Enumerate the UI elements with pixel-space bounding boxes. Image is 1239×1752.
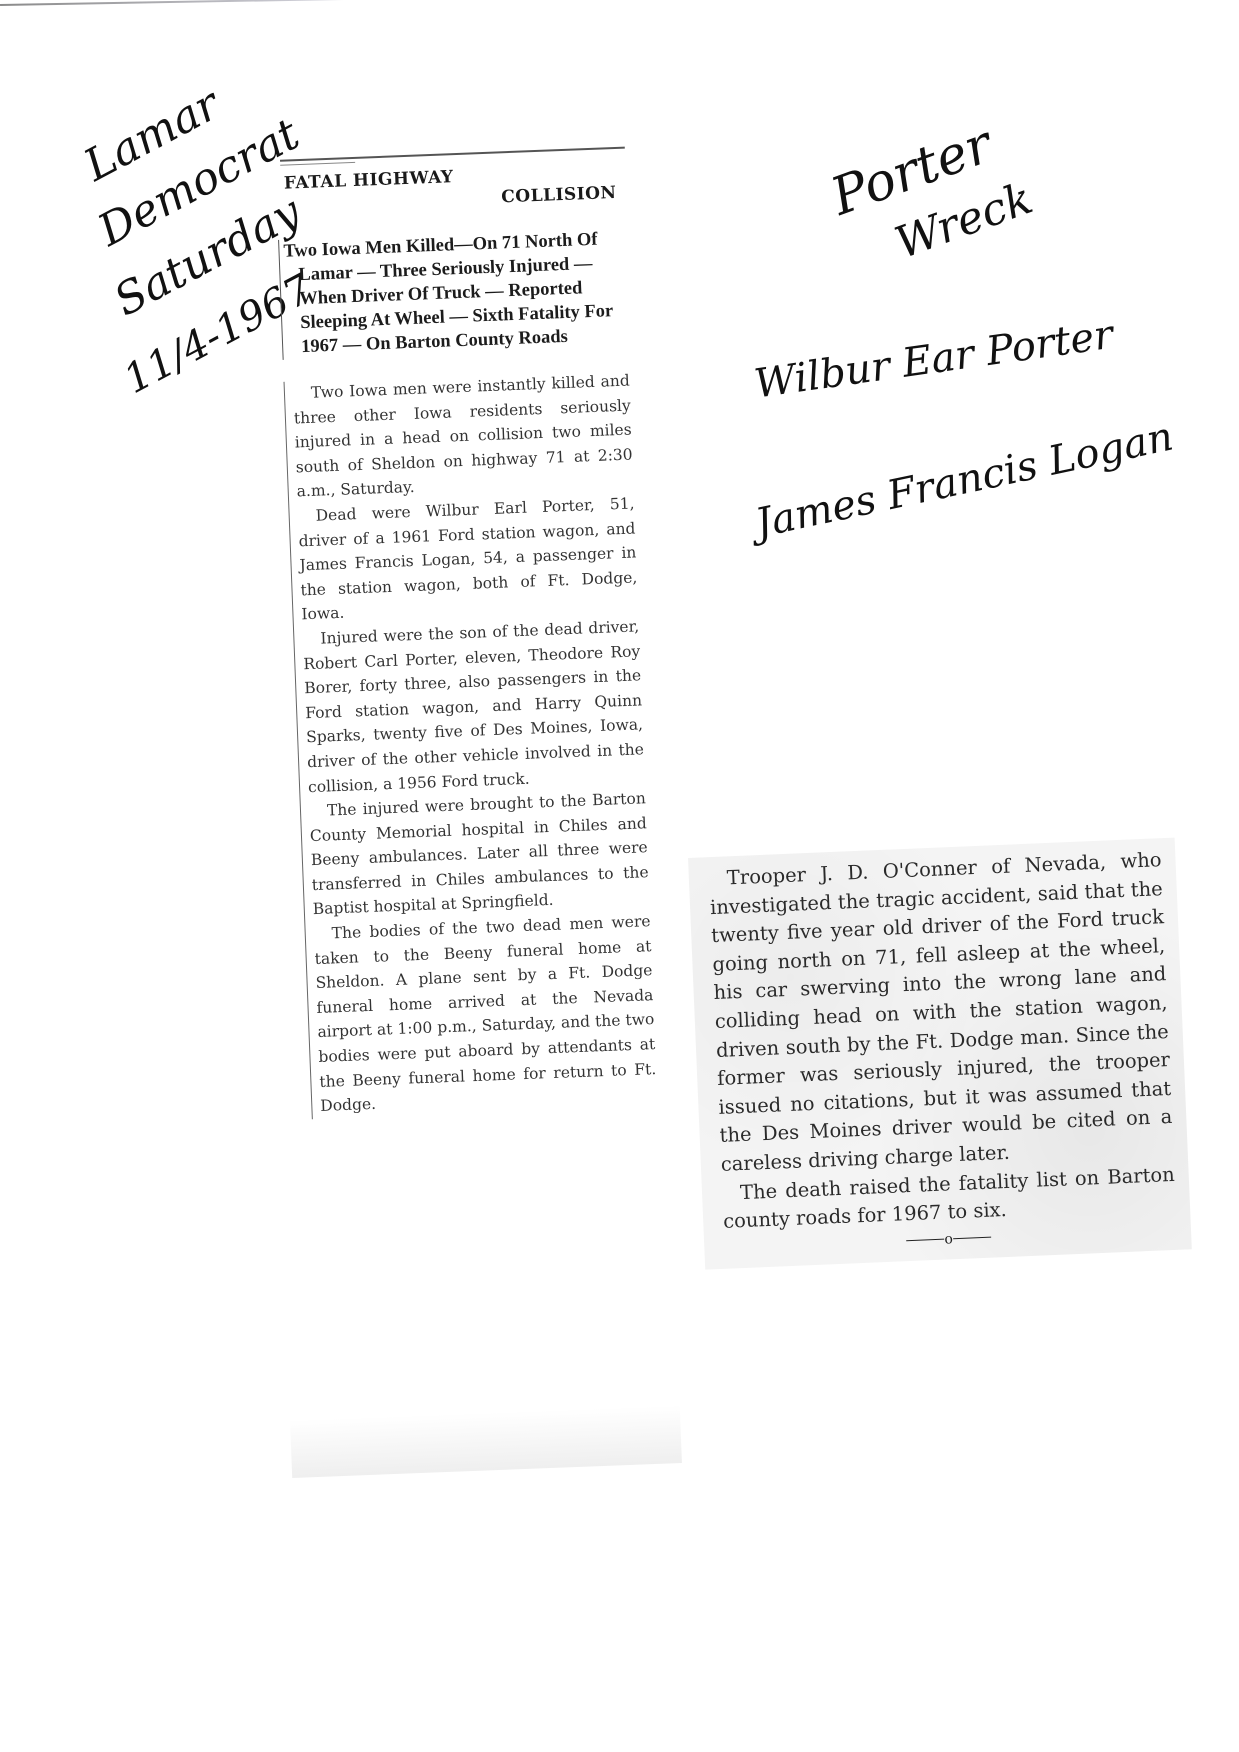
column-rule: Two Iowa men were instantly killed and t… [284, 368, 662, 1119]
handwritten-name: Wilbur Ear Porter [752, 315, 1116, 405]
deck-subheadline: Two Iowa Men Killed—On 71 North Of Lamar… [278, 227, 632, 360]
end-mark-glyph: o [944, 1231, 953, 1247]
newspaper-clipping-continuation: Trooper J. D. O'Conner of Nevada, who in… [688, 838, 1192, 1270]
headline-rule [280, 147, 625, 162]
newspaper-clipping-main: FATAL HIGHWAY COLLISION Two Iowa Men Kil… [275, 147, 662, 1120]
scan-grain [290, 1405, 682, 1478]
article-column-2: Trooper J. D. O'Conner of Nevada, who in… [700, 846, 1180, 1237]
article-paragraph: The injured were brought to the Barton C… [309, 786, 650, 922]
page-edge-line [0, 0, 400, 6]
headline-rule [280, 162, 355, 166]
article-paragraph: Injured were the son of the dead driver,… [302, 614, 645, 799]
article-column-1: Two Iowa men were instantly killed and t… [285, 368, 662, 1119]
handwritten-name: James Francis Logan [752, 417, 1177, 545]
article-paragraph: The bodies of the two dead men were take… [313, 909, 657, 1119]
article-paragraph: Two Iowa men were instantly killed and t… [293, 369, 634, 505]
article-paragraph: Dead were Wilbur Earl Porter, 51, driver… [297, 491, 638, 627]
article-paragraph: Trooper J. D. O'Conner of Nevada, who in… [708, 846, 1174, 1179]
